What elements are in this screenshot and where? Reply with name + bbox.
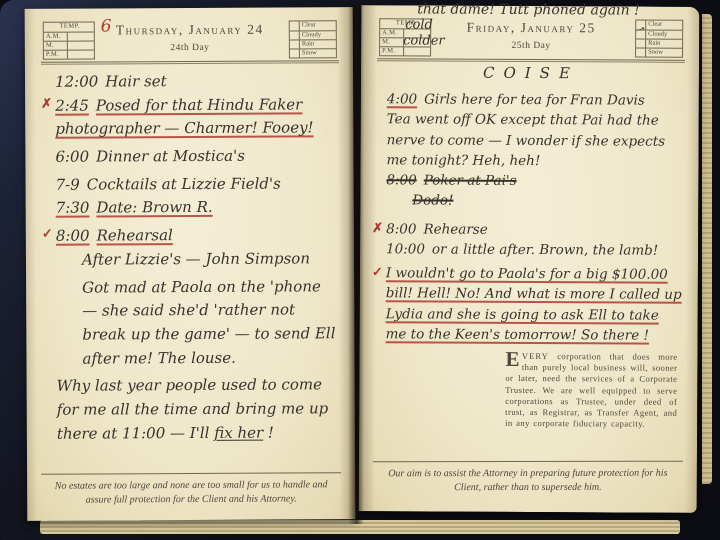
diary-entry: 10:00or a little after. Brown, the lamb! bbox=[386, 239, 684, 261]
weather-option-clear: Clear bbox=[646, 21, 682, 30]
temp-row-am-label: A.M. bbox=[380, 29, 404, 37]
diary-page-right: that dame! Tutt phoned again ! → cold co… bbox=[359, 5, 700, 513]
diary-entry: 4:00Girls here for tea for Fran Davis bbox=[387, 89, 685, 111]
weather-option-rain: Rain bbox=[300, 40, 336, 48]
checkbox-cell bbox=[290, 31, 300, 39]
page-edges-bottom bbox=[40, 520, 680, 534]
temp-row-pm-value bbox=[68, 51, 94, 59]
diary-entry-struck: 8:00Poker at Pai's bbox=[386, 170, 684, 192]
temp-row-pm-value bbox=[404, 47, 430, 55]
red-x-mark: ✗ bbox=[41, 94, 54, 115]
handwritten-entries-right: 4:00Girls here for tea for Fran Davis Te… bbox=[376, 83, 685, 346]
printed-day-header-left: TEMP. A.M. M. P.M. Thursday, January 24 … bbox=[41, 17, 339, 63]
diary-entry: 7-9Cocktails at Lizzie Field's bbox=[56, 172, 340, 197]
temp-row-am-label: A.M. bbox=[44, 33, 68, 41]
diary-entry: ✗ 2:45Posed for that Hindu Faker photogr… bbox=[55, 93, 339, 142]
temp-row-pm-label: P.M. bbox=[44, 51, 68, 59]
temp-row-m-label: M. bbox=[44, 42, 68, 50]
temp-row-am-value bbox=[68, 33, 94, 41]
handwritten-heading: COISE bbox=[377, 63, 685, 83]
printed-footer-right: Our aim is to assist the Attorney in pre… bbox=[373, 461, 683, 495]
diary-note: Got mad at Paola on the 'phone — she sai… bbox=[82, 275, 340, 371]
page-edges-right bbox=[702, 14, 712, 484]
weather-option-clear: Clear bbox=[300, 21, 336, 30]
temp-row-pm-label: P.M. bbox=[380, 47, 404, 55]
handwritten-entries-left: 12:00Hair set ✗ 2:45Posed for that Hindu… bbox=[41, 63, 341, 446]
weather-option-snow: Snow bbox=[646, 49, 682, 57]
printed-advertisement: EVERY corporation that does more than pu… bbox=[505, 351, 677, 430]
ad-drop-cap: E bbox=[505, 351, 522, 369]
weather-checkbox-box: Clear Cloudy Rain Snow bbox=[289, 20, 337, 58]
diary-note: Tea went off OK except that Pai had the … bbox=[386, 110, 684, 172]
temperature-box: TEMP. A.M. M. P.M. bbox=[43, 21, 95, 59]
weather-option-snow: Snow bbox=[300, 49, 336, 57]
weather-option-cloudy: Cloudy bbox=[300, 31, 336, 39]
weather-option-cloudy: Cloudy bbox=[646, 31, 682, 39]
temp-value-am: cold bbox=[405, 17, 433, 32]
diary-entry: 6:00Dinner at Mostica's bbox=[55, 144, 339, 169]
checkbox-cell bbox=[636, 40, 646, 48]
weather-option-rain: Rain bbox=[646, 40, 682, 48]
red-check-mark: ✓ bbox=[42, 225, 55, 246]
diary-entry: ✗ 8:00Rehearse bbox=[386, 219, 684, 241]
diary-entry: 7:30Date: Brown R. bbox=[56, 196, 340, 221]
checkbox-cell bbox=[290, 40, 300, 48]
temp-box-header: TEMP. bbox=[44, 23, 94, 32]
diary-note: Why last year people used to come for me… bbox=[57, 373, 341, 446]
diary-entry: 12:00Hair set bbox=[55, 69, 339, 94]
temp-row-m-value bbox=[68, 42, 94, 50]
diary-entry-struck: Dodo! bbox=[412, 191, 684, 213]
top-margin-annotation: that dame! Tutt phoned again ! bbox=[417, 1, 677, 18]
checkbox-cell bbox=[290, 21, 300, 30]
printed-footer-left: No estates are too large and none are to… bbox=[41, 472, 341, 507]
diary-note: ✓ I wouldn't go to Paola's for a big $10… bbox=[386, 263, 684, 346]
diary-entry: ✓ 8:00Rehearsal bbox=[56, 223, 340, 248]
diary-entry: After Lizzie's — John Simpson bbox=[82, 247, 340, 272]
checkbox-cell bbox=[290, 49, 300, 57]
temp-value-pm: colder bbox=[403, 33, 445, 48]
red-check-mark: ✓ bbox=[372, 263, 385, 283]
diary-page-left: 6 TEMP. A.M. M. P.M. Thursday, January 2… bbox=[25, 7, 356, 521]
temp-row-m-label: M. bbox=[380, 38, 404, 46]
checkbox-cell bbox=[636, 49, 646, 57]
red-x-mark: ✗ bbox=[372, 219, 385, 239]
